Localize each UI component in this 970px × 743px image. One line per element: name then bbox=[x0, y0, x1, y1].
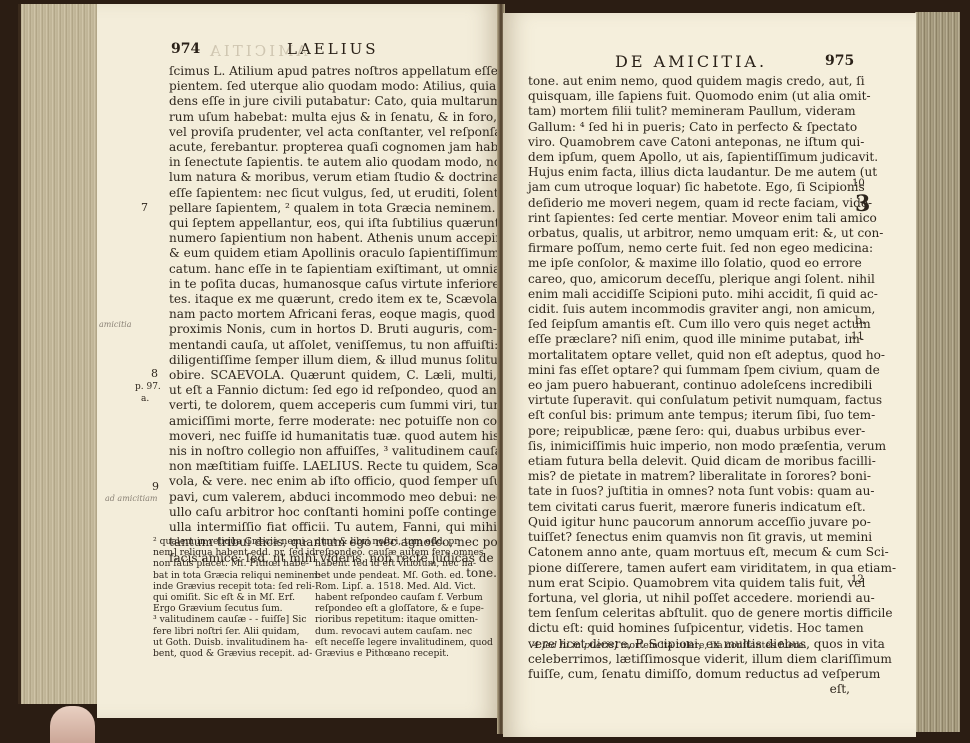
text-line: diligentiſſime ſemper illum diem, & illu… bbox=[169, 353, 497, 368]
text-line: etiam futura bella delevit. Quid dicam d… bbox=[528, 454, 850, 469]
text-line: tem ſenſum celeritas abſtulit. quo de ge… bbox=[528, 606, 850, 621]
text-line: in te poſita ducas, humanosque caſus vir… bbox=[169, 277, 497, 292]
text-line: proximis Nonis, cum in hortos D. Bruti a… bbox=[169, 322, 497, 337]
text-line: tate in ſuos? juſtitia in omnes? nota ſu… bbox=[528, 484, 850, 499]
text-line: firmare poſſum, nemo certe fuit. ſed non… bbox=[528, 241, 850, 256]
text-line: pione diſſerere, tamen aufert eam viridi… bbox=[528, 561, 850, 576]
text-line: dem ipſum, quem Apollo, ut ais, ſapienti… bbox=[528, 150, 850, 165]
text-line: amiciſſimi morte, ferre moderate: nec po… bbox=[169, 414, 497, 429]
left-page-body: ſcimus L. Atilium apud patres noſtros ap… bbox=[169, 64, 497, 581]
text-line: orbatus, qualis, ut arbitror, nemo umqua… bbox=[528, 226, 850, 241]
left-page: 974 AMICITIA LAELIUS ſcimus L. Atilium a… bbox=[97, 4, 499, 718]
text-line: Gallum: ⁴ ſed hi in pueris; Cato in perf… bbox=[528, 120, 850, 135]
text-line: acute, ferebantur. propterea quaſi cogno… bbox=[169, 140, 497, 155]
section-marker-11: 11 bbox=[851, 331, 864, 342]
text-line: ullo caſu arbitror hoc conſtanti homini … bbox=[169, 505, 497, 520]
page-edges-left bbox=[18, 4, 101, 704]
text-line: cidit. ſuis autem incommodis graviter an… bbox=[528, 302, 850, 317]
text-line: verti, te dolorem, quem acceperis cum ſu… bbox=[169, 398, 497, 413]
reader-thumb bbox=[50, 706, 95, 743]
text-line: eſſe præclare? niſi enim, quod ille mini… bbox=[528, 332, 850, 347]
section-marker-12: 12 bbox=[851, 574, 864, 585]
text-line: eſt conſul bis: primum ante tempus; iter… bbox=[528, 408, 850, 423]
text-line: pellare ſapientem, ² qualem in tota Græc… bbox=[169, 201, 497, 216]
section-marker-7: 7 bbox=[141, 201, 148, 214]
text-line: fere libri noſtri ſer. Alii quidam, bbox=[153, 626, 313, 637]
footnote-text: mortem ita tulere, ita conſtantes fuere. bbox=[621, 640, 807, 651]
text-line: pore; reipublicæ, pæne ſero: qui, duabus… bbox=[528, 424, 850, 439]
page-reference: p. 97. bbox=[135, 382, 161, 392]
text-line: ut eſt a Fannio dictum: ſed ego id reſpo… bbox=[169, 383, 497, 398]
page-reference-sub: a. bbox=[141, 394, 149, 404]
text-line: careo, quo, amicorum deceſſu, plerique a… bbox=[528, 272, 850, 287]
text-line: reſpondeo. cauſæ autem fere omnes bbox=[315, 547, 480, 558]
text-line: quisquam, ille ſapiens fuit. Quomodo eni… bbox=[528, 89, 850, 104]
text-line: dunt & libri noſtri, tum edd. pr. bbox=[315, 536, 480, 547]
pencil-annotation: ad amicitiam bbox=[105, 494, 158, 503]
text-line: viro. Quamobrem cave Catoni anteponas, n… bbox=[528, 135, 850, 150]
text-line: eo jam puero habuerant, continuo adoleſc… bbox=[528, 378, 850, 393]
text-line: jam cum utroque loquar) ſic habetote. Eg… bbox=[528, 180, 850, 195]
text-line: qui ſeptem appellantur, eos, qui iſta ſu… bbox=[169, 216, 497, 231]
text-line: ut Goth. Duisb. invalitudinem ha- bbox=[153, 637, 313, 648]
text-line: Grævius e Pithœano recepit. bbox=[315, 648, 480, 659]
section-marker-9: 9 bbox=[152, 480, 159, 493]
text-line: ſis, inimiciſſimis huic imperio, non mod… bbox=[528, 439, 850, 454]
text-line: nam pacto mortem Africani feras, eoque m… bbox=[169, 307, 497, 322]
text-line: ³ valitudinem cauſæ - - fuiſſe] Sic bbox=[153, 614, 313, 625]
text-line: qui omiſit. Sic eſt & in Mſ. Erf. bbox=[153, 592, 313, 603]
text-line: tam) mortem filii tulit? memineram Paull… bbox=[528, 104, 850, 119]
text-line: num erat Scipio. Quamobrem vita quidem t… bbox=[528, 576, 850, 591]
right-page: DE AMICITIA. 975 tone. aut enim nemo, qu… bbox=[503, 13, 916, 737]
text-line: in ſenectute ſapientis. te autem alio qu… bbox=[169, 155, 497, 170]
book-spread: 974 AMICITIA LAELIUS ſcimus L. Atilium a… bbox=[0, 0, 970, 743]
text-line: tem civitati carus fuerit, mærore funeri… bbox=[528, 500, 850, 515]
text-line: eſt, bbox=[528, 682, 850, 697]
text-line: reſpondeo eſt a gloſſatore, & e ſupe- bbox=[315, 603, 480, 614]
text-line: tuiſſet? ſenectus enim quamvis non ſit g… bbox=[528, 530, 850, 545]
page-number-right: 975 bbox=[825, 53, 854, 69]
text-line: Rom. Lipſ. a. 1518. Med. Ald. Vict. bbox=[315, 581, 480, 592]
text-line: pavi, cum valerem, abduci incommodo meo … bbox=[169, 490, 497, 505]
text-line: mis? de pietate in matrem? liberalitate … bbox=[528, 469, 850, 484]
running-head-left: LAELIUS bbox=[287, 40, 379, 58]
text-line: nem] reliqua habent edd. pr. ſed id bbox=[153, 547, 313, 558]
text-line: rum uſum habebat: multa ejus & in ſenatu… bbox=[169, 110, 497, 125]
text-line: habent reſpondeo cauſam f. Verbum bbox=[315, 592, 480, 603]
text-line: vola, & vere. nec enim ab iſto officio, … bbox=[169, 474, 497, 489]
text-line: me ipſe conſolor, & maxime illo ſolatio,… bbox=[528, 256, 850, 271]
text-line: non mæſtitiam fuiſſe. LAELIUS. Recte tu … bbox=[169, 459, 497, 474]
text-line: pientem. ſed uterque alio quodam modo: A… bbox=[169, 79, 497, 94]
text-line: fuiſſe, cum, ſenatu dimiſſo, domum reduc… bbox=[528, 667, 850, 682]
text-line: ulla intermiſſio fiat officii. Tu autem,… bbox=[169, 520, 497, 535]
text-line: dens eſſe in jure civili putabatur: Cato… bbox=[169, 94, 497, 109]
page-number-left: 974 bbox=[171, 41, 200, 57]
text-line: numero ſapientium non habent. Athenis un… bbox=[169, 231, 497, 246]
footnote-lemma: 4 ſed hi in pueris] bbox=[533, 640, 618, 651]
right-page-body: tone. aut enim nemo, quod quidem magis c… bbox=[528, 74, 850, 697]
section-marker-10: 10 bbox=[852, 178, 865, 189]
text-line: ſed ſeipſum amantis eſt. Cum illo vero q… bbox=[528, 317, 850, 332]
text-line: tes. itaque ex me quærunt, credo item ex… bbox=[169, 292, 497, 307]
text-line: mini fas eſſet optare? qui ſummam ſpem c… bbox=[528, 363, 850, 378]
text-line: dictu eſt: quid homines ſuſpicentur, vid… bbox=[528, 621, 850, 636]
text-line: nis in noſtro collegio non affuiſſes, ³ … bbox=[169, 444, 497, 459]
text-line: virtute ſuperavit. qui conſulatum petivi… bbox=[528, 393, 850, 408]
footnotes-column-1: ² qualem in reliqua Græcia nemi-nem] rel… bbox=[153, 536, 313, 659]
text-line: inde Grævius recepit tota: ſed reli- bbox=[153, 581, 313, 592]
text-line: Ergo Grævium ſecutus ſum. bbox=[153, 603, 313, 614]
text-line: eſt neceſſe legere invalitudinem, quod bbox=[315, 637, 480, 648]
text-line: mortalitatem optare vellet, quid non eſt… bbox=[528, 348, 850, 363]
text-line: bat in tota Græcia reliqui neminem: bbox=[153, 570, 313, 581]
text-line: mentandi cauſa, ut aſſolet, veniſſemus, … bbox=[169, 338, 497, 353]
text-line: ² qualem in reliqua Græcia nemi- bbox=[153, 536, 313, 547]
text-line: celeberrimos, lætiſſimosque viderit, ill… bbox=[528, 652, 850, 667]
text-line: dum. revocavi autem cauſam. nec bbox=[315, 626, 480, 637]
text-line: lum natura & moribus, verum etiam ſtudio… bbox=[169, 170, 497, 185]
footnote-right: 4 ſed hi in pueris] mortem ita tulere, i… bbox=[533, 640, 807, 651]
text-line: bet unde pendeat. Mſ. Goth. ed. bbox=[315, 570, 480, 581]
text-line: bent, quod & Grævius recepit. ad- bbox=[153, 648, 313, 659]
text-line: moveri, nec fuiſſe id humanitatis tuæ. q… bbox=[169, 429, 497, 444]
text-line: fortuna, vel gloria, ut nihil poſſet acc… bbox=[528, 591, 850, 606]
text-line: vel proviſa prudenter, vel acta conſtant… bbox=[169, 125, 497, 140]
page-edges-right bbox=[915, 12, 960, 732]
text-line: Hujus enim facta, illius dicta laudantur… bbox=[528, 165, 850, 180]
text-line: habent. ſed id eſt vitioſum, nec ha- bbox=[315, 558, 480, 569]
text-line: enim mali accidiſſe Scipioni puto. mihi … bbox=[528, 287, 850, 302]
text-line: obire. SCAEVOLA. Quærunt quidem, C. Læli… bbox=[169, 368, 497, 383]
text-line: non ſatis placet. Mſ. Pithœi habe- bbox=[153, 558, 313, 569]
text-line: Catonem anno ante, quam mortuus eſt, mec… bbox=[528, 545, 850, 560]
text-line: rioribus repetitum: itaque omitten- bbox=[315, 614, 480, 625]
text-line: & eum quidem etiam Apollinis oraculo ſap… bbox=[169, 246, 497, 261]
text-line: Quid igitur hunc paucorum annorum acceſſ… bbox=[528, 515, 850, 530]
text-line: tone. aut enim nemo, quod quidem magis c… bbox=[528, 74, 850, 89]
text-line: rint ſapientes: ſed certe mentiar. Moveo… bbox=[528, 211, 850, 226]
text-line: ſcimus L. Atilium apud patres noſtros ap… bbox=[169, 64, 497, 79]
text-line: deſiderio me moveri negem, quam id recte… bbox=[528, 196, 850, 211]
large-marker-3: 3 bbox=[855, 191, 870, 217]
running-head-right: DE AMICITIA. bbox=[615, 52, 767, 71]
footnotes-column-2: dunt & libri noſtri, tum edd. pr.reſpond… bbox=[315, 536, 480, 659]
text-line: eſſe ſapientem: nec ſicut vulgus, ſed, u… bbox=[169, 186, 497, 201]
pencil-annotation: amicitia bbox=[99, 320, 132, 329]
margin-letter-b: b. bbox=[855, 314, 866, 327]
section-marker-8: 8 bbox=[151, 367, 158, 380]
text-line: catum. hanc eſſe in te ſapientiam exiſti… bbox=[169, 262, 497, 277]
